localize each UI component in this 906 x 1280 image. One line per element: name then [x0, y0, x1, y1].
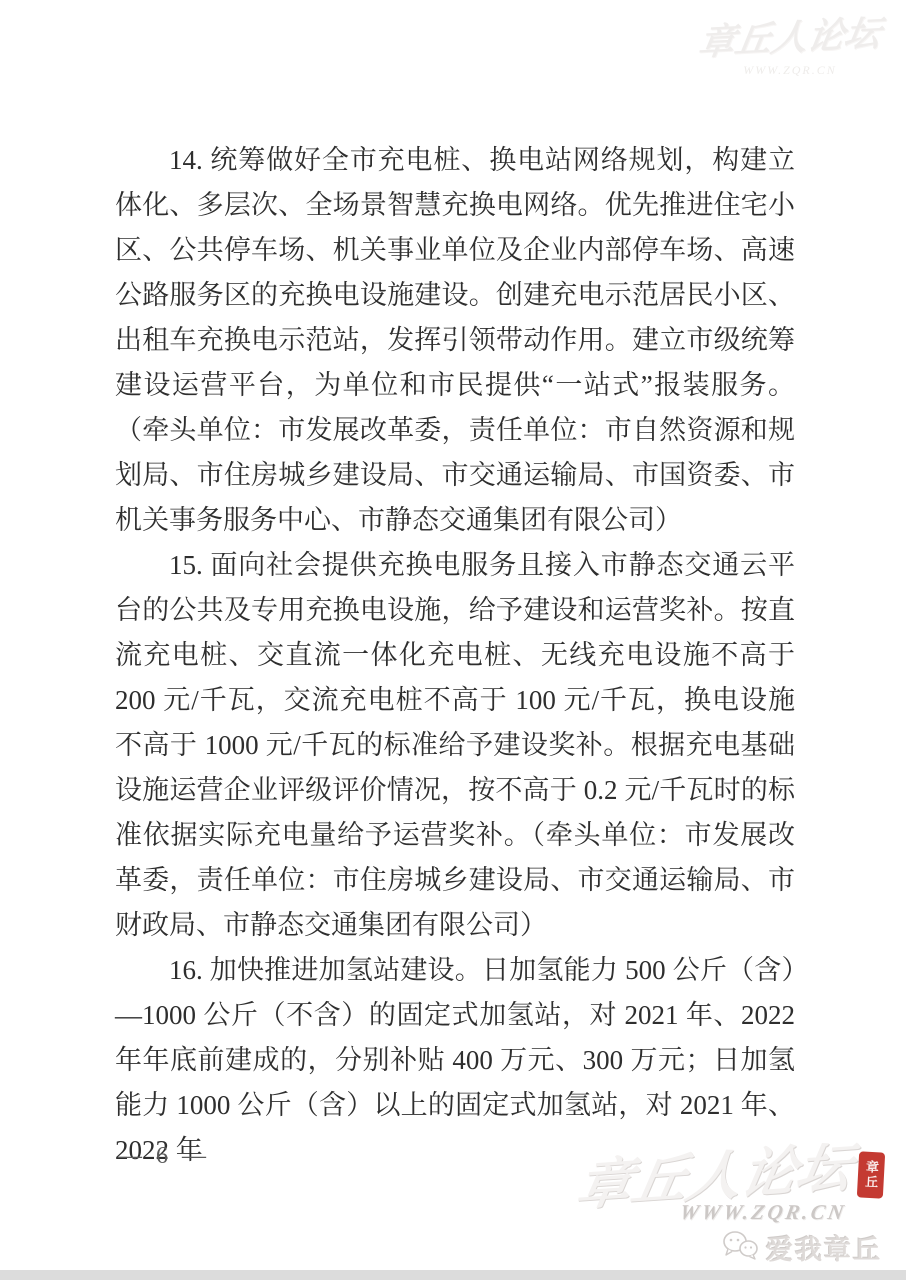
footer-url: WWW.ZQR.CN — [678, 1200, 849, 1225]
wechat-icon — [722, 1230, 758, 1265]
page-number: — 6 — — [118, 1143, 210, 1170]
document-page: 章丘人论坛 WWW.ZQR.CN 14. 统筹做好全市充电桩、换电站网络规划，构… — [0, 0, 906, 1280]
seal-stamp-icon: 章丘 — [857, 1151, 885, 1198]
seal-text: 章丘 — [864, 1160, 879, 1191]
top-watermark-logo-text: 章丘人论坛 — [675, 4, 905, 66]
document-body: 14. 统筹做好全市充电桩、换电站网络规划，构建立体化、多层次、全场景智慧充换电… — [115, 138, 795, 1173]
paragraph-16: 16. 加快推进加氢站建设。日加氢能力 500 公斤（含）—1000 公斤（不含… — [115, 948, 795, 1173]
footer-tagline: 爱我章丘 — [766, 1228, 882, 1267]
bottom-edge-bar — [0, 1270, 906, 1280]
paragraph-14: 14. 统筹做好全市充电桩、换电站网络规划，构建立体化、多层次、全场景智慧充换电… — [115, 138, 795, 543]
footer-tagline-row: 爱我章丘 — [722, 1228, 882, 1267]
top-watermark: 章丘人论坛 WWW.ZQR.CN — [680, 10, 900, 78]
top-watermark-url: WWW.ZQR.CN — [680, 63, 900, 78]
paragraph-15: 15. 面向社会提供充换电服务且接入市静态交通云平台的公共及专用充换电设施，给予… — [115, 543, 795, 948]
